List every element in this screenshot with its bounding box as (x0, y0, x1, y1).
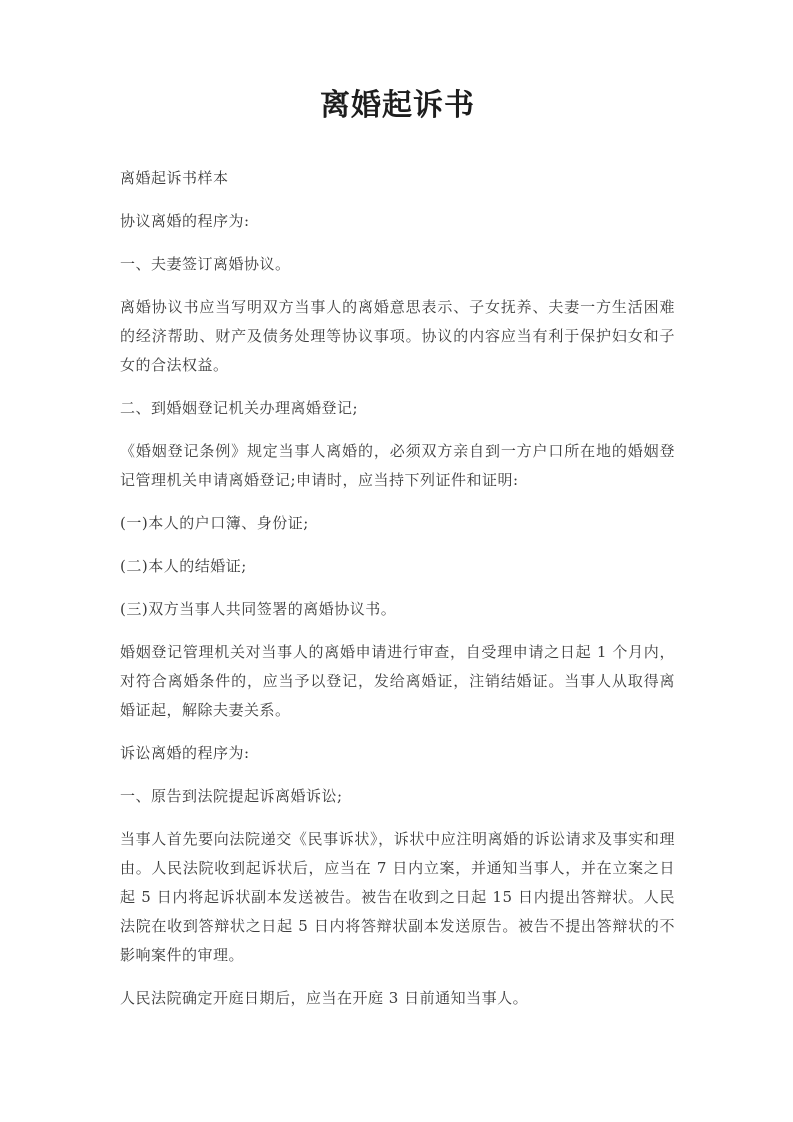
paragraph-agreement-heading: 协议离婚的程序为: (120, 207, 675, 236)
paragraph-review-process: 婚姻登记管理机关对当事人的离婚申请进行审查，自受理申请之日起 1 个月内，对符合… (120, 638, 675, 725)
document-body: 离婚起诉书样本 协议离婚的程序为: 一、夫妻签订离婚协议。 离婚协议书应当写明双… (120, 164, 675, 1013)
paragraph-step2-register: 二、到婚姻登记机关办理离婚登记; (120, 394, 675, 423)
paragraph-court-date-notice: 人民法院确定开庭日期后，应当在开庭 3 日前通知当事人。 (120, 984, 675, 1013)
paragraph-item-2: (二)本人的结婚证; (120, 552, 675, 581)
paragraph-litigation-step1: 一、原告到法院提起诉离婚诉讼; (120, 782, 675, 811)
paragraph-sample-label: 离婚起诉书样本 (120, 164, 675, 193)
paragraph-litigation-heading: 诉讼离婚的程序为: (120, 739, 675, 768)
document-title: 离婚起诉书 (120, 86, 675, 126)
paragraph-agreement-content: 离婚协议书应当写明双方当事人的离婚意思表示、子女抚养、夫妻一方生活困难的经济帮助… (120, 293, 675, 380)
paragraph-step1-sign: 一、夫妻签订离婚协议。 (120, 250, 675, 279)
paragraph-item-3: (三)双方当事人共同签署的离婚协议书。 (120, 595, 675, 624)
paragraph-item-1: (一)本人的户口簿、身份证; (120, 509, 675, 538)
paragraph-court-procedure: 当事人首先要向法院递交《民事诉状》，诉状中应注明离婚的诉讼请求及事实和理由。人民… (120, 825, 675, 970)
paragraph-regulation: 《婚姻登记条例》规定当事人离婚的，必须双方亲自到一方户口所在地的婚姻登记管理机关… (120, 437, 675, 495)
document-page: 离婚起诉书 离婚起诉书样本 协议离婚的程序为: 一、夫妻签订离婚协议。 离婚协议… (0, 0, 793, 1122)
